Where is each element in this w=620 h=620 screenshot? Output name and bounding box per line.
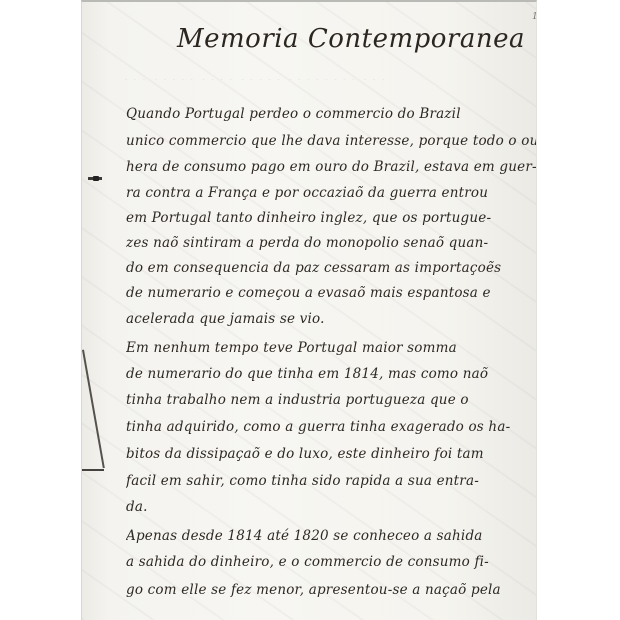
text-line: bitos da dissipaçaõ e do luxo, este dinh… xyxy=(126,446,536,462)
text-line: tinha trabalho nem a industria portuguez… xyxy=(126,392,536,408)
text-line: da. xyxy=(126,499,536,515)
text-line: hera de consumo pago em ouro do Brazil, … xyxy=(126,159,536,175)
text-line: do em consequencia da paz cessaram as im… xyxy=(126,260,536,276)
text-line: de numerario do que tinha em 1814, mas c… xyxy=(126,366,536,382)
text-line: Apenas desde 1814 até 1820 se conheceo a… xyxy=(126,528,536,544)
manuscript-page: 1 Memoria Contemporanea ～～～ ～～～～～ ～～～～ ～… xyxy=(81,0,537,620)
page-title: Memoria Contemporanea xyxy=(177,24,477,54)
text-line: em Portugal tanto dinheiro inglez, que o… xyxy=(126,210,536,226)
text-line: Em nenhum tempo teve Portugal maior somm… xyxy=(126,340,536,356)
text-line: zes naõ sintiram a perda do monopolio se… xyxy=(126,235,536,251)
text-line: go com elle se fez menor, apresentou-se … xyxy=(126,582,536,598)
text-line: facil em sahir, como tinha sido rapida a… xyxy=(126,473,536,489)
text-line: de numerario e começou a evasaõ mais esp… xyxy=(126,285,536,301)
text-line: tinha adquirido, como a guerra tinha exa… xyxy=(126,419,536,435)
text-line: acelerada que jamais se vio. xyxy=(126,311,536,327)
bleed-through-line: ～～～ ～～～～～ ～～～～ ～～～～～ ～～～～～～～～ ～～～ xyxy=(122,74,522,80)
text-line: Quando Portugal perdeo o commercio do Br… xyxy=(126,106,536,122)
text-line: a sahida do dinheiro, e o commercio de c… xyxy=(126,554,536,570)
margin-dot-mark xyxy=(93,176,99,181)
text-line: ra contra a França e por occaziaõ da gue… xyxy=(126,185,536,201)
text-line: unico commercio que lhe dava interesse, … xyxy=(126,133,536,149)
margin-bracket-base xyxy=(82,469,104,471)
page-mark: 1 xyxy=(532,12,538,22)
